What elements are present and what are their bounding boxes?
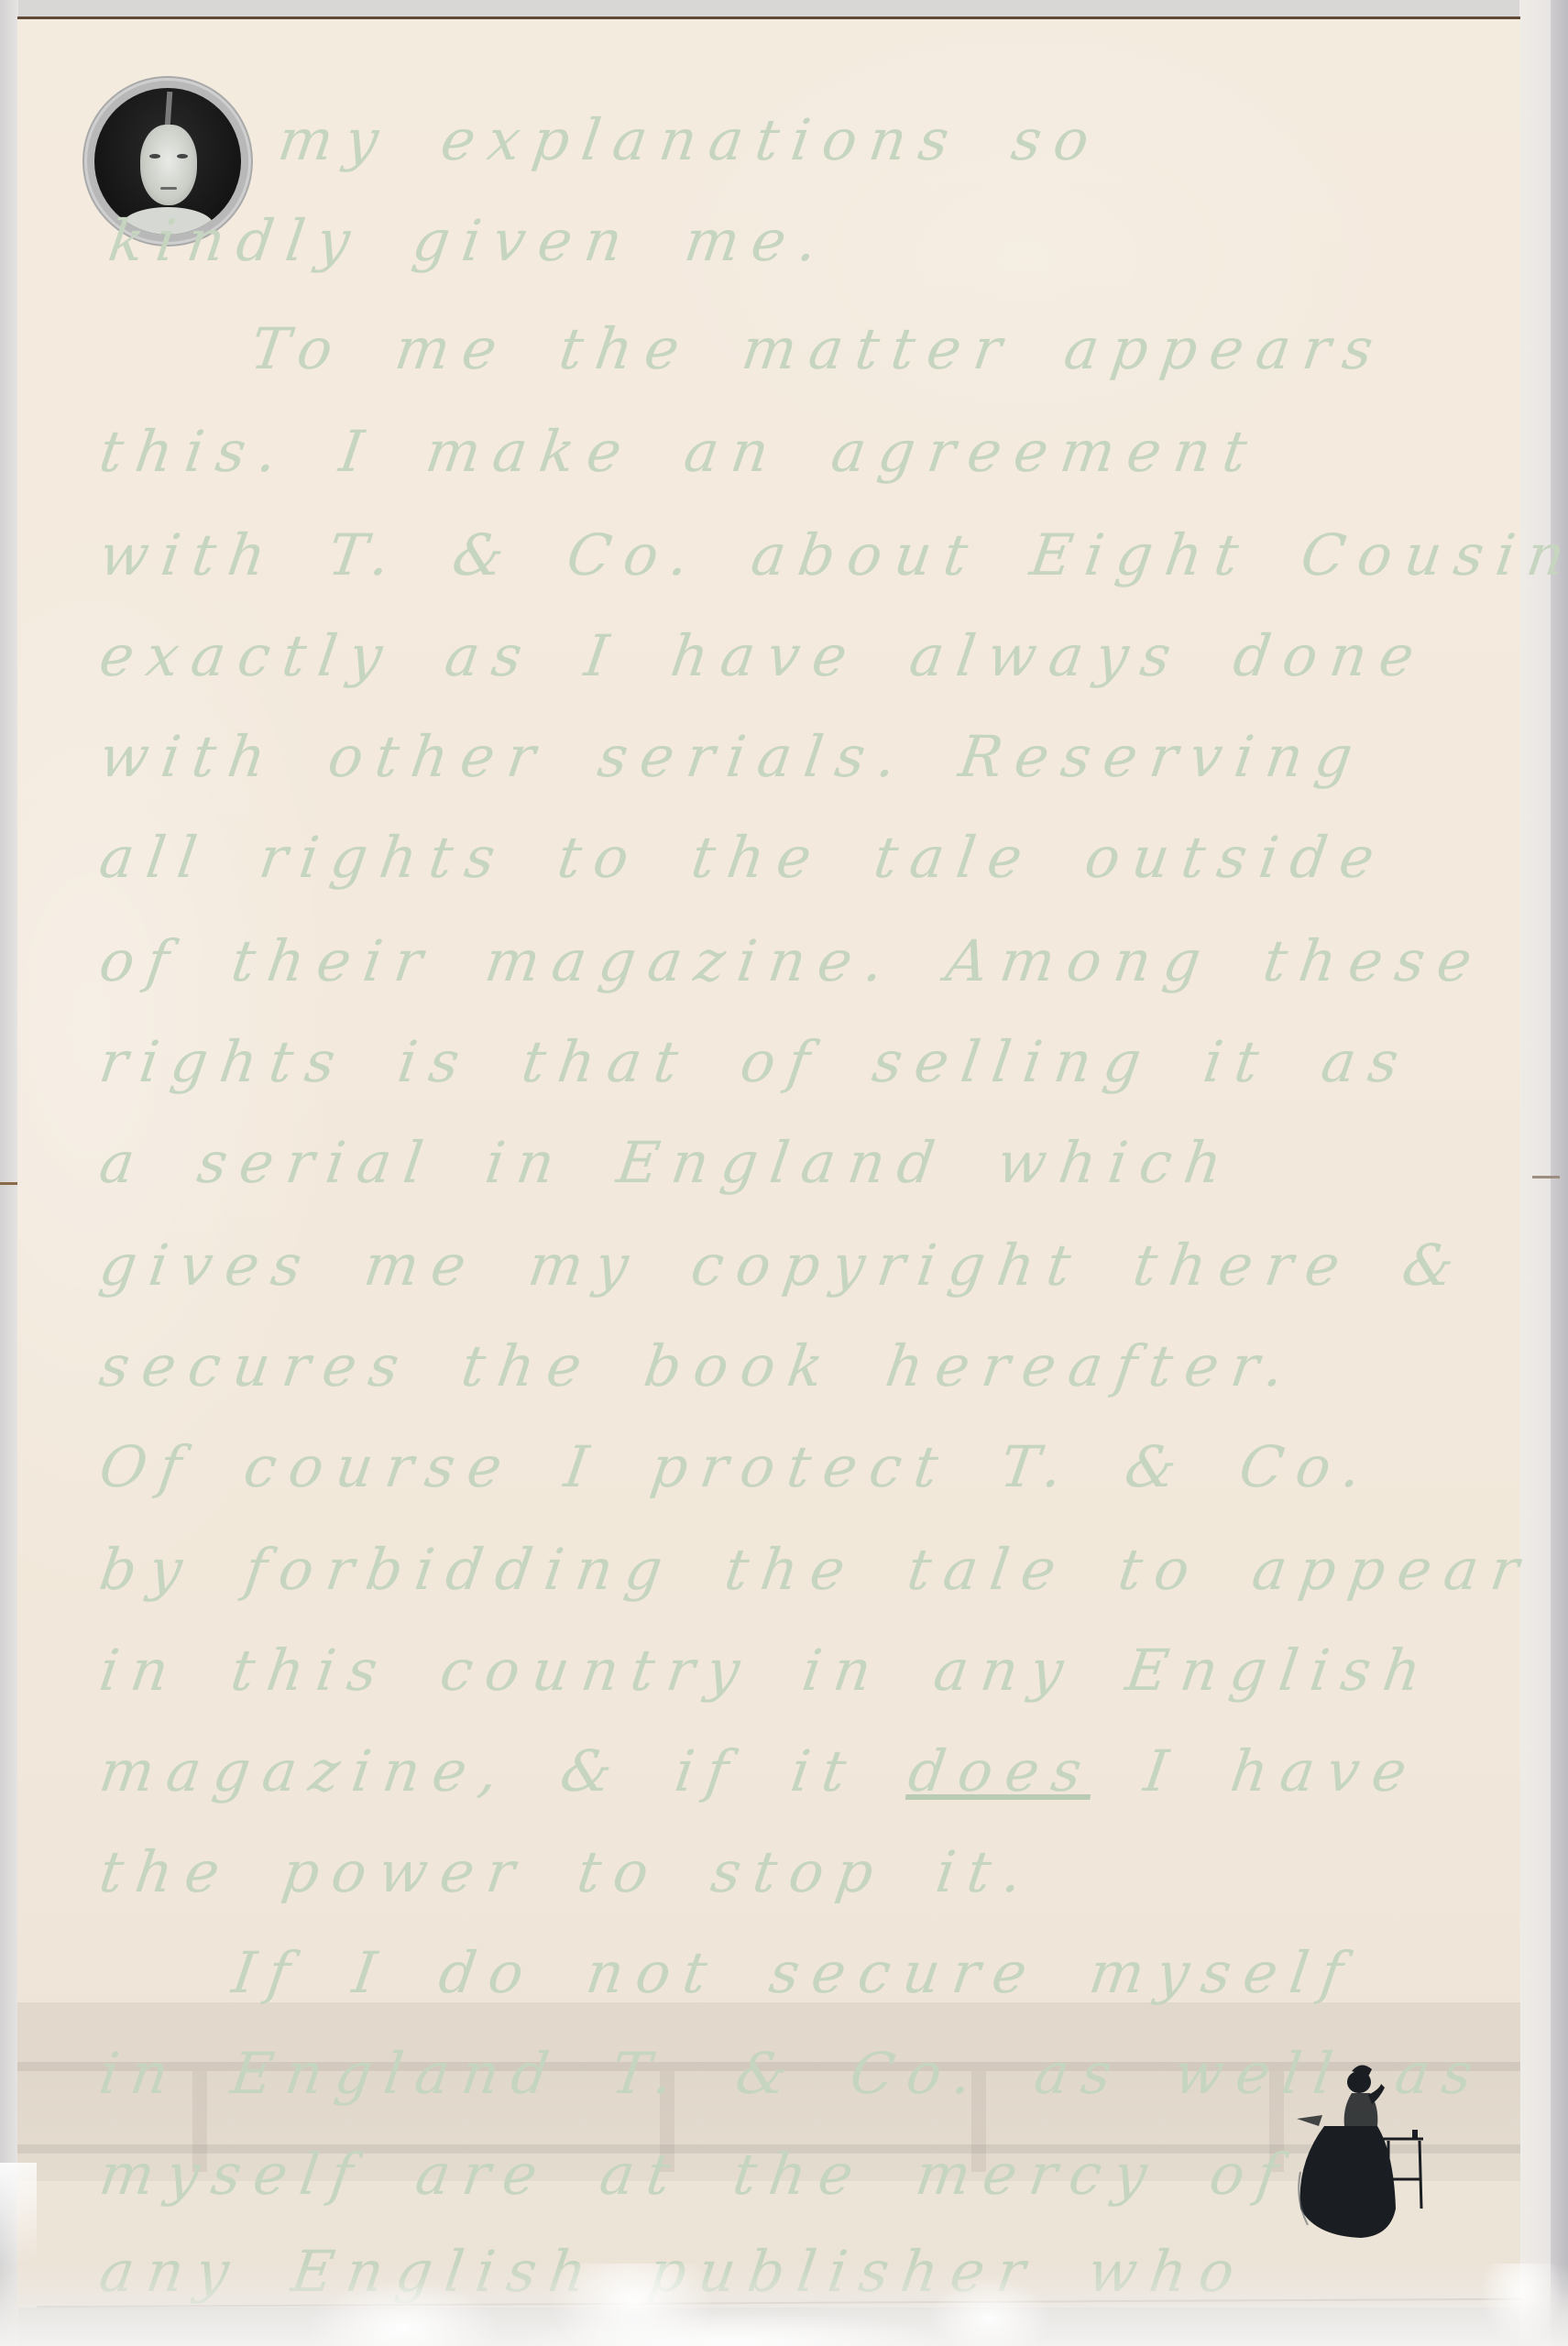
letter-line: in this country in any English [96, 1642, 1437, 1699]
letter-line: in England T. & Co. as well as [96, 2045, 1488, 2102]
letter-line: kindly given me. [105, 213, 833, 269]
letter-line: with other serials. Reserving [96, 729, 1368, 785]
letter-line: rights is that of selling it as [96, 1034, 1415, 1091]
letter-line-segment: I have [1090, 1738, 1424, 1804]
letter-line: this. I make an agreement [96, 423, 1263, 480]
letter-line: of their magazine. Among these [96, 933, 1488, 990]
letter-line: myself are at the mercy of [96, 2146, 1295, 2203]
plastic-sleeve-glare-left [0, 2163, 37, 2309]
letter-line: magazine, & if it does I have [96, 1743, 1423, 1800]
letter-line: a serial in England which [96, 1135, 1238, 1191]
underlined-word: does [905, 1738, 1099, 1804]
plastic-sleeve-glare [0, 2264, 1568, 2346]
letter-line: my explanations so [275, 112, 1105, 169]
letter-line: secures the book hereafter. [96, 1338, 1300, 1395]
letter-line: To me the matter appears [247, 321, 1389, 378]
letter-line: by forbidding the tale to appear [96, 1541, 1535, 1598]
handwritten-letter-text: my explanations so kindly given me. To m… [0, 0, 1568, 2346]
letter-line: gives me my copyright there & [96, 1237, 1470, 1294]
letter-line: all rights to the tale outside [96, 829, 1390, 886]
seated-woman-illustration [1288, 2062, 1443, 2241]
letter-line: with T. & Co. about Eight Cousins [96, 527, 1568, 584]
letter-line: the power to stop it. [96, 1844, 1038, 1901]
letter-line: If I do not secure myself [229, 1945, 1359, 2001]
letter-line-segment: magazine, & if it [95, 1738, 914, 1804]
letter-line: Of course I protect T. & Co. [96, 1439, 1377, 1496]
letter-line: exactly as I have always done [96, 628, 1431, 685]
